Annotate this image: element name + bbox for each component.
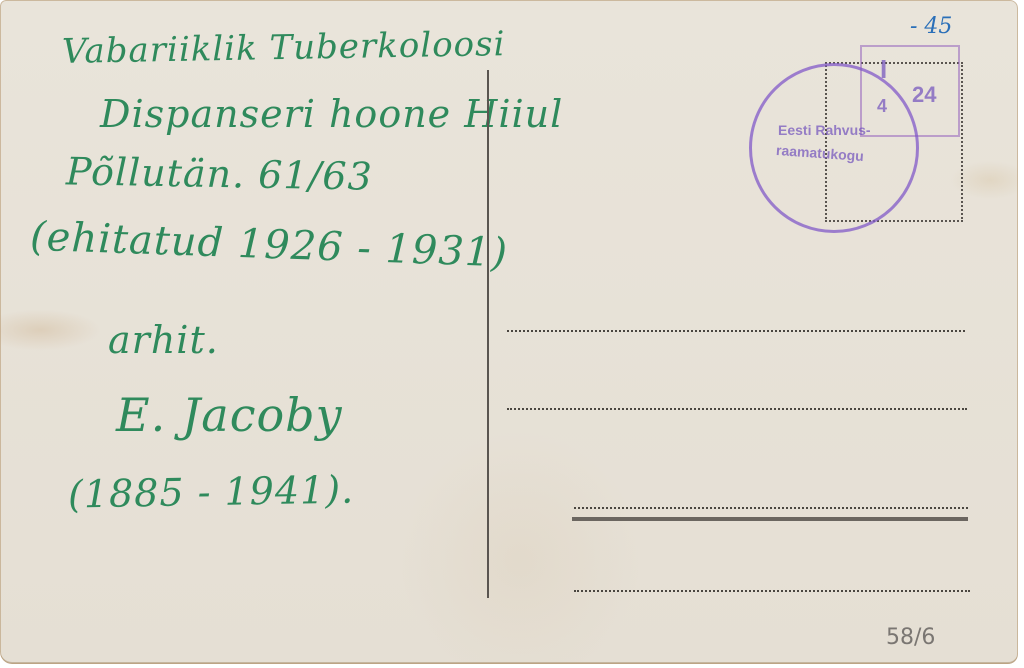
library-stamp-line-1: Eesti Rahvus- — [778, 122, 871, 138]
address-line-1 — [507, 330, 965, 332]
address-line-2 — [507, 408, 967, 410]
address-line-3 — [574, 507, 968, 509]
address-line-4 — [574, 590, 970, 592]
message-address-divider — [487, 70, 489, 598]
shelf-mark-code: 24 — [912, 82, 936, 108]
handwritten-line-7: (1885 - 1941). — [68, 468, 355, 517]
handwritten-line-3: Põllutän. 61/63 — [66, 149, 373, 198]
postcard-back: Vabariiklik Tuberkoloosi Dispanseri hoon… — [0, 0, 1018, 664]
handwritten-line-4: (ehitatud 1926 - 1931) — [29, 214, 508, 277]
handwritten-line-5: arhit. — [108, 318, 219, 362]
handwritten-line-1: Vabariiklik Tuberkoloosi — [62, 24, 506, 72]
pencil-catalog-note: 58/6 — [886, 625, 935, 650]
handwritten-line-2: Dispanseri hoone Hiiul — [100, 92, 563, 136]
handwritten-line-6: E. Jacoby — [116, 388, 343, 442]
corner-inventory-number: - 45 — [910, 14, 952, 39]
address-underline — [572, 517, 968, 521]
